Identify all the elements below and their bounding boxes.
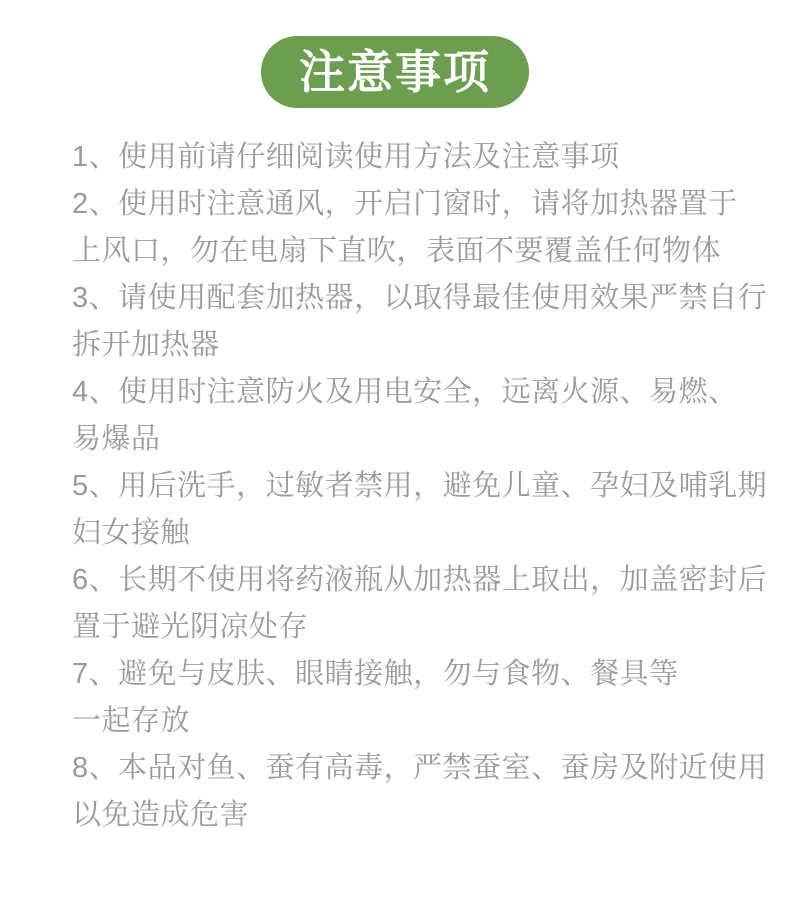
precaution-item-7: 7、避免与皮肤、眼睛接触，勿与食物、餐具等 一起存放: [72, 651, 722, 745]
precaution-line: 以免造成危害: [72, 792, 722, 839]
precaution-line: 4、使用时注意防火及用电安全，远离火源、易燃、: [72, 369, 722, 416]
precaution-line: 5、用后洗手，过敏者禁用，避免儿童、孕妇及哺乳期: [72, 463, 722, 510]
precaution-line: 拆开加热器: [72, 322, 722, 369]
precaution-item-6: 6、长期不使用将药液瓶从加热器上取出，加盖密封后 置于避光阴凉处存: [72, 557, 722, 651]
precaution-line: 一起存放: [72, 698, 722, 745]
precaution-line: 8、本品对鱼、蚕有高毒，严禁蚕室、蚕房及附近使用: [72, 745, 722, 792]
precaution-line: 妇女接触: [72, 510, 722, 557]
precaution-line: 7、避免与皮肤、眼睛接触，勿与食物、餐具等: [72, 651, 722, 698]
precaution-item-4: 4、使用时注意防火及用电安全，远离火源、易燃、 易爆品: [72, 369, 722, 463]
precaution-item-5: 5、用后洗手，过敏者禁用，避免儿童、孕妇及哺乳期 妇女接触: [72, 463, 722, 557]
precautions-list: 1、使用前请仔细阅读使用方法及注意事项 2、使用时注意通风，开启门窗时，请将加热…: [0, 134, 790, 839]
precautions-page: 注意事项 1、使用前请仔细阅读使用方法及注意事项 2、使用时注意通风，开启门窗时…: [0, 0, 790, 900]
precaution-item-1: 1、使用前请仔细阅读使用方法及注意事项: [72, 134, 722, 181]
precaution-line: 2、使用时注意通风，开启门窗时，请将加热器置于: [72, 181, 722, 228]
precaution-item-3: 3、请使用配套加热器，以取得最佳使用效果严禁自行 拆开加热器: [72, 275, 722, 369]
precaution-line: 6、长期不使用将药液瓶从加热器上取出，加盖密封后: [72, 557, 722, 604]
precaution-line: 3、请使用配套加热器，以取得最佳使用效果严禁自行: [72, 275, 722, 322]
precaution-line: 1、使用前请仔细阅读使用方法及注意事项: [72, 134, 722, 181]
header: 注意事项: [0, 0, 790, 108]
precaution-line: 上风口，勿在电扇下直吹，表面不要覆盖任何物体: [72, 228, 722, 275]
precautions-title-badge: 注意事项: [261, 36, 529, 108]
precaution-line: 置于避光阴凉处存: [72, 604, 722, 651]
precaution-item-2: 2、使用时注意通风，开启门窗时，请将加热器置于 上风口，勿在电扇下直吹，表面不要…: [72, 181, 722, 275]
precaution-item-8: 8、本品对鱼、蚕有高毒，严禁蚕室、蚕房及附近使用 以免造成危害: [72, 745, 722, 839]
precaution-line: 易爆品: [72, 416, 722, 463]
